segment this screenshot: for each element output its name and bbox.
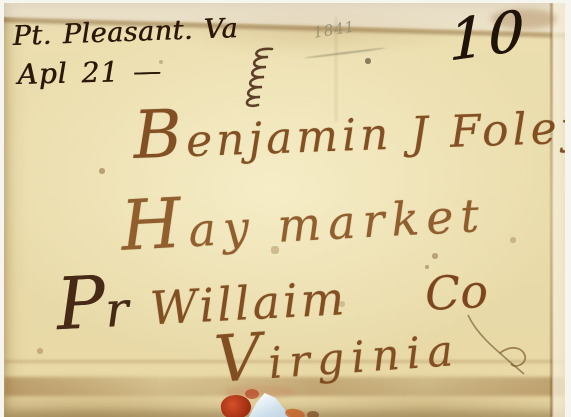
ink-specks [4,3,6,5]
right-fold-crease [550,3,553,417]
manuscript-postmark-town: Pt. Pleasant. Va [12,13,238,52]
addressee-name: Benjamin J Foley [132,81,565,174]
county-prefix: Pr [55,282,129,342]
letter-photo: Pt. Pleasant. Va Apl 21 — 1841 10 Benjam… [0,0,571,417]
right-fold-edge [552,3,565,417]
wax-seal-fleck [245,389,259,399]
manuscript-postmark-date: Apl 21 — [17,54,162,91]
brown-smudge [307,411,319,417]
pencil-underline-stroke [304,47,386,59]
postal-rate-marking: 10 [449,3,527,75]
folded-letter-paper: Pt. Pleasant. Va Apl 21 — 1841 10 Benjam… [4,3,565,417]
wax-smear-right [284,407,305,417]
